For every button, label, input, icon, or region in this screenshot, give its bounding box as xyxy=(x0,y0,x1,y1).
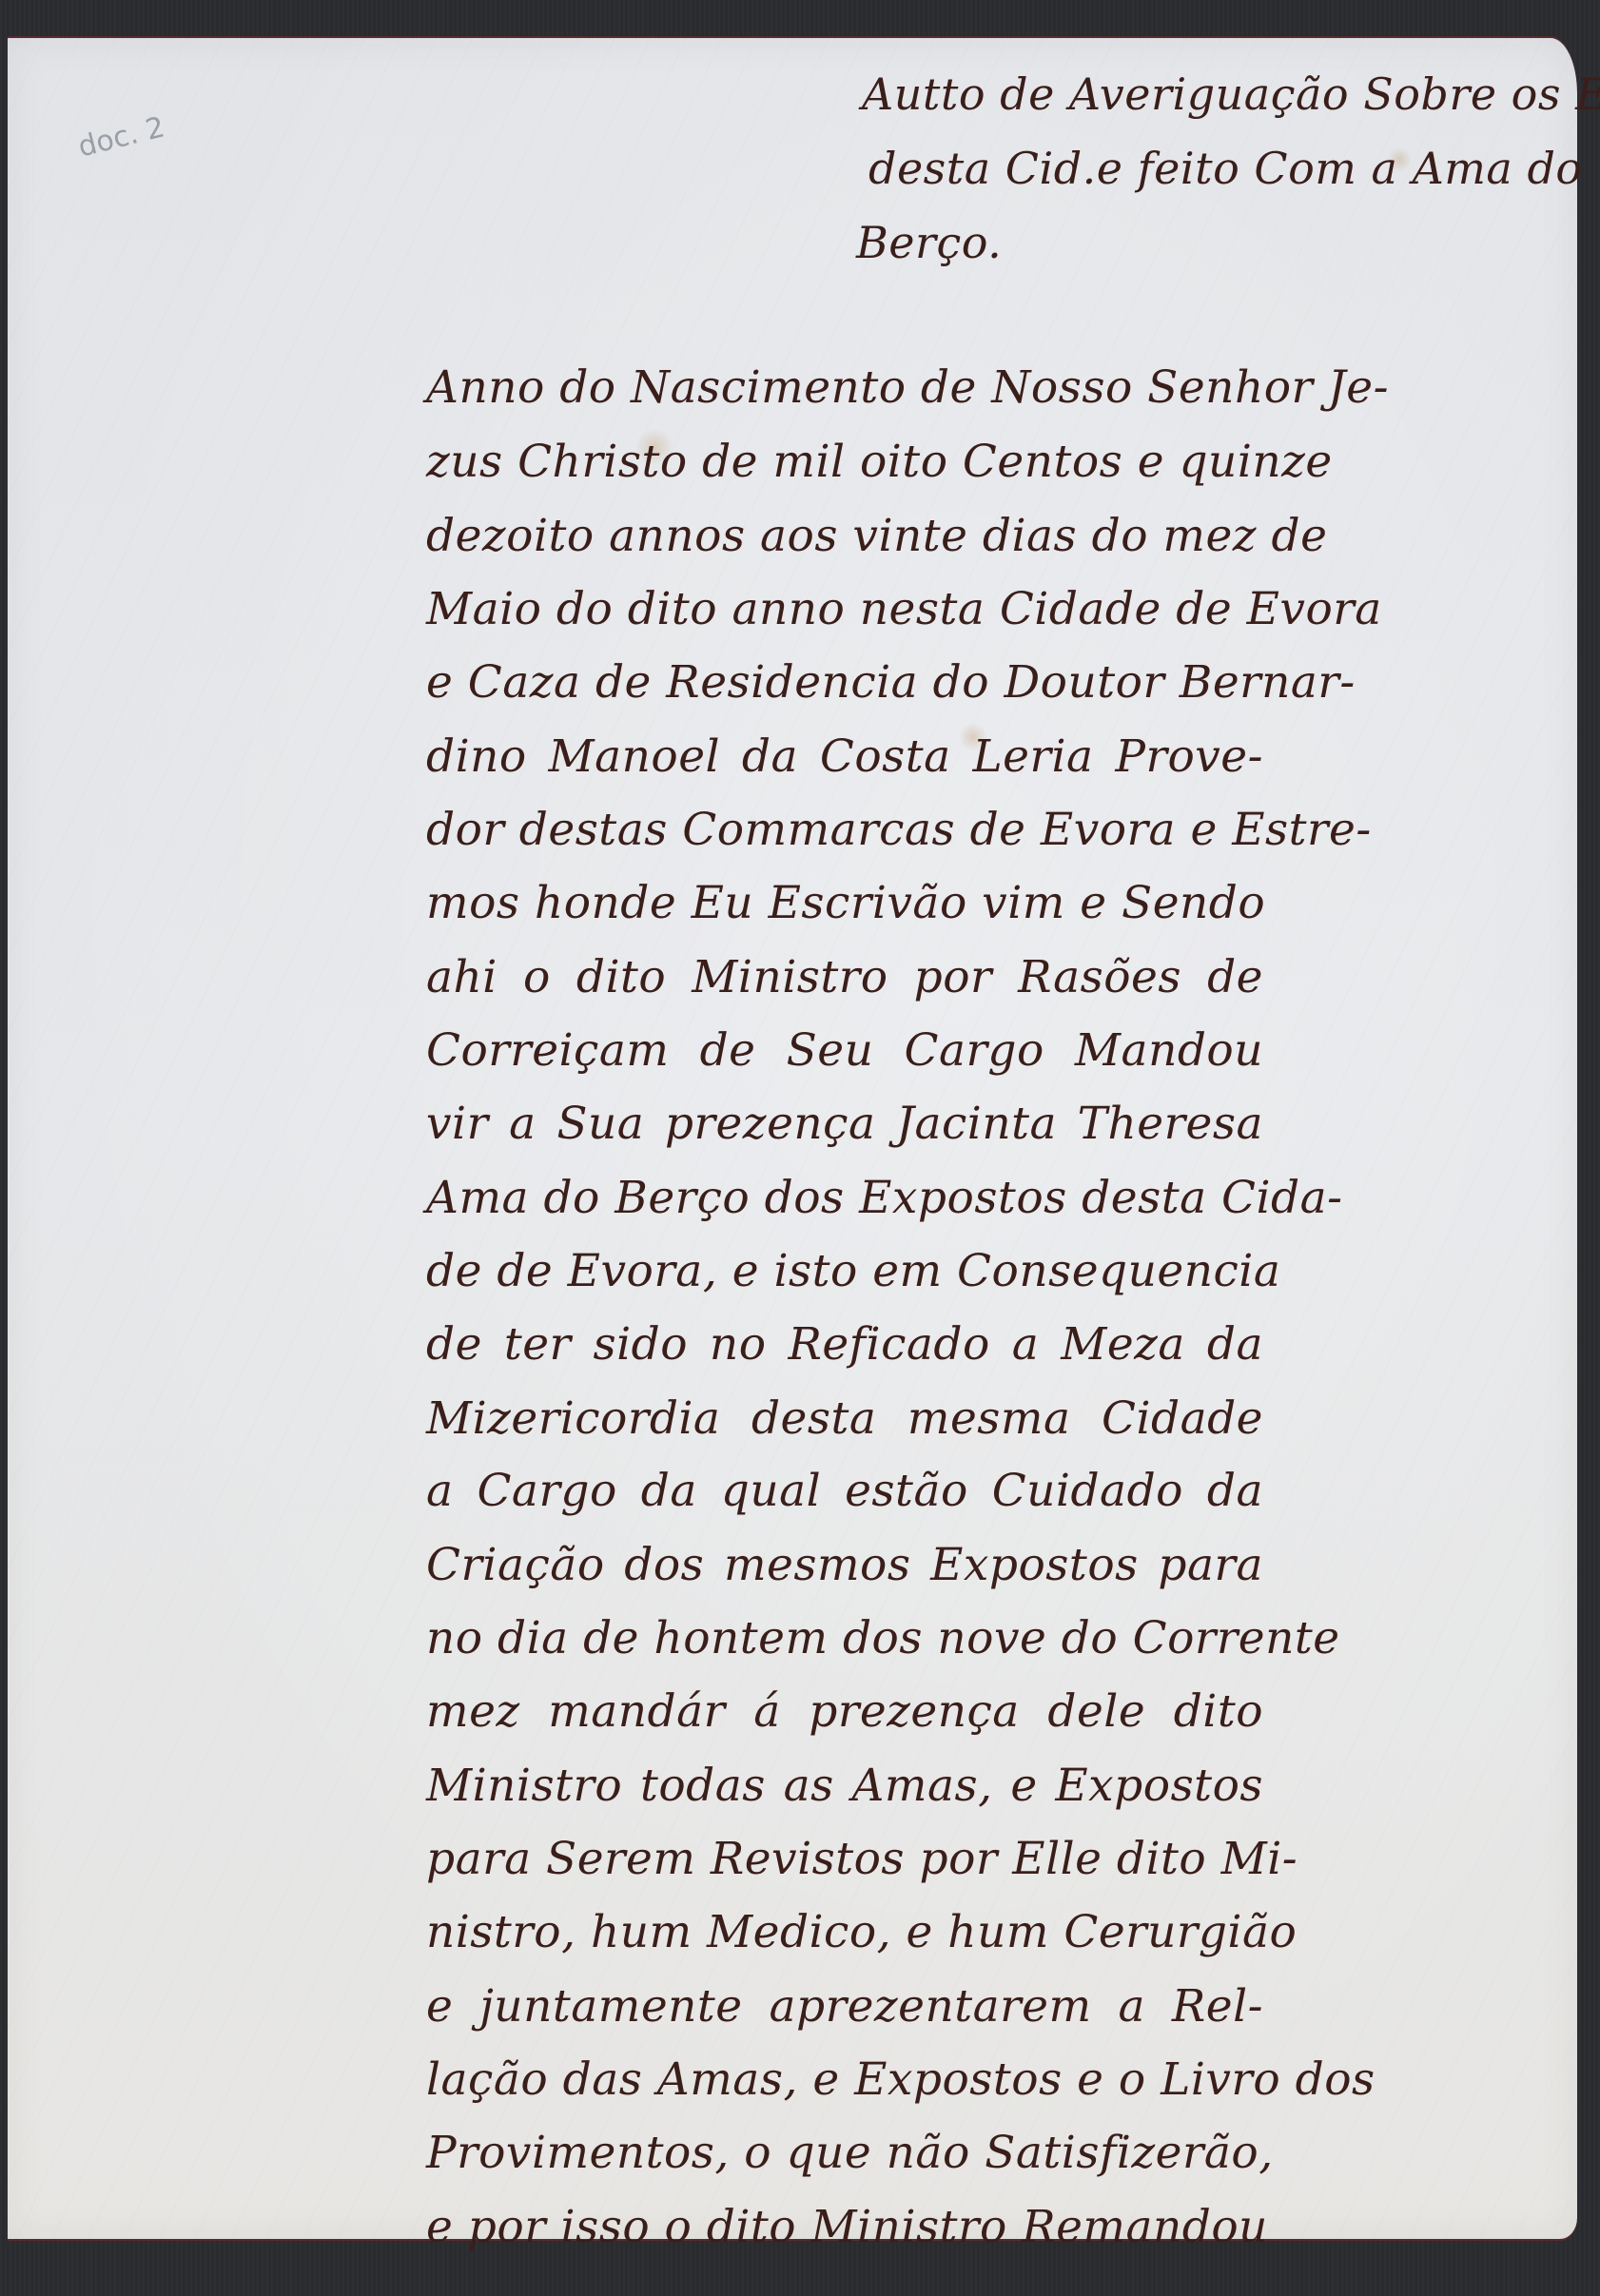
body-line: vir a Sua prezença Jacinta Theresa xyxy=(426,1098,1263,1150)
manuscript-page: doc. 2 Autto de Averiguação Sobre os Exp… xyxy=(8,36,1577,2241)
body-line: Ama do Berço dos Expostos desta Cida- xyxy=(426,1172,1263,1224)
body-line: dino Manoel da Costa Leria Prove- xyxy=(426,730,1263,783)
body-line: zus Christo de mil oito Centos e quinze xyxy=(426,436,1263,488)
body-line: para Serem Revistos por Elle dito Mi- xyxy=(426,1833,1263,1885)
heading-line: Autto de Averiguação Sobre os Exportos xyxy=(862,68,1600,120)
body-line: Ministro todas as Amas, e Expostos xyxy=(426,1760,1263,1812)
body-line: mos honde Eu Escrivão vim e Sendo xyxy=(426,877,1263,929)
body-line: de de Evora, e isto em Consequencia xyxy=(426,1245,1263,1297)
body-line: nistro, hum Medico, e hum Cerurgião xyxy=(426,1906,1263,1958)
body-line: ahi o dito Ministro por Rasões de xyxy=(426,951,1263,1003)
body-line: e por isso o dito Ministro Remandou xyxy=(426,2201,1263,2253)
body-line: Anno do Nascimento de Nosso Senhor Je- xyxy=(426,361,1263,414)
body-line: dor destas Commarcas de Evora e Estre- xyxy=(426,804,1263,856)
body-line: lação das Amas, e Expostos e o Livro dos xyxy=(426,2053,1263,2106)
body-line: no dia de hontem dos nove do Corrente xyxy=(426,1612,1263,1664)
body-line: Correiçam de Seu Cargo Mandou xyxy=(426,1024,1263,1077)
pencil-note: doc. 2 xyxy=(75,110,168,164)
body-line: mez mandár á prezença dele dito xyxy=(426,1685,1263,1738)
heading-line: Berço. xyxy=(856,217,1002,268)
heading-line: desta Cid.e feito Com a Ama do xyxy=(868,143,1583,194)
body-line: Maio do dito anno nesta Cidade de Evora xyxy=(426,583,1263,635)
body-line: Provimentos, o que não Satisfizerão, xyxy=(426,2127,1263,2179)
body-line: de ter sido no Reficado a Meza da xyxy=(426,1318,1263,1371)
body-line: e Caza de Residencia do Doutor Bernar- xyxy=(426,656,1263,709)
body-line: Mizericordia desta mesma Cidade xyxy=(426,1392,1263,1445)
body-line: a Cargo da qual estão Cuidado da xyxy=(426,1465,1263,1517)
body-line: Criação dos mesmos Expostos para xyxy=(426,1539,1263,1591)
body-line: dezoito annos aos vinte dias do mez de xyxy=(426,510,1263,562)
body-line: e juntamente aprezentarem a Rel- xyxy=(426,1980,1263,2033)
